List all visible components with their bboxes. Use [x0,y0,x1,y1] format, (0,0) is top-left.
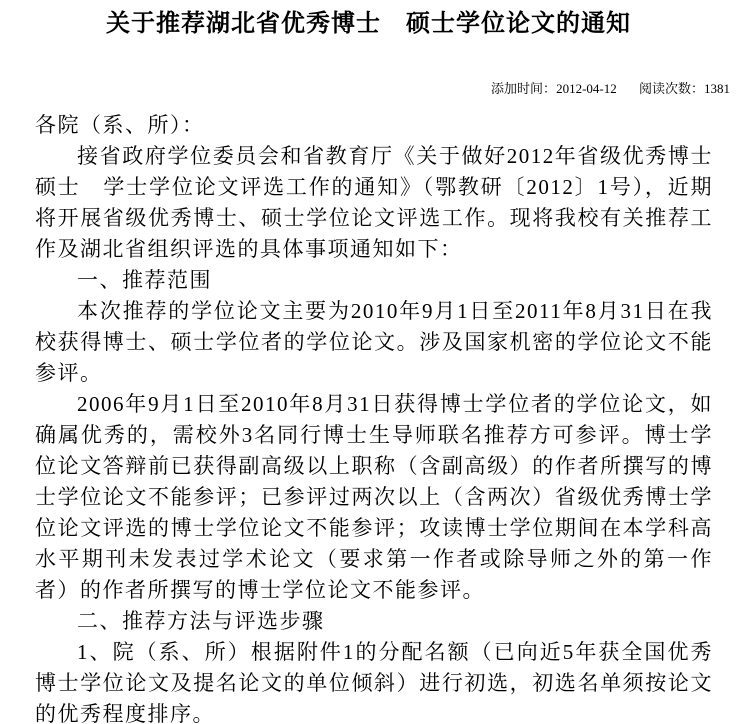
document-page: 关于推荐湖北省优秀博士 硕士学位论文的通知 添加时间：2012-04-12 阅读… [0,0,737,724]
added-time-value: 2012-04-12 [556,81,617,96]
section-1-paragraph-1: 本次推荐的学位论文主要为2010年9月1日至2011年8月31日在我校获得博士、… [35,296,713,389]
read-count: 阅读次数：1381 [639,81,730,96]
meta-bar: 添加时间：2012-04-12 阅读次数：1381 [0,82,737,96]
page-title: 关于推荐湖北省优秀博士 硕士学位论文的通知 [0,8,737,41]
section-1-paragraph-2: 2006年9月1日至2010年8月31日获得博士学位者的学位论文，如确属优秀的，… [35,389,713,606]
read-count-value: 1381 [704,81,730,96]
salutation-line: 各院（系、所）： [35,110,713,141]
added-time: 添加时间：2012-04-12 [491,81,617,96]
read-count-label: 阅读次数： [639,81,704,96]
section-2-item-1: 1、院（系、所）根据附件1的分配名额（已向近5年获全国优秀博士学位论文及提名论文… [35,637,713,724]
section-2-heading: 二、推荐方法与评选步骤 [35,606,713,637]
document-body: 各院（系、所）： 接省政府学位委员会和省教育厅《关于做好2012年省级优秀博士 … [35,110,713,724]
section-1-heading: 一、推荐范围 [35,265,713,296]
intro-paragraph: 接省政府学位委员会和省教育厅《关于做好2012年省级优秀博士 硕士 学士学位论文… [35,141,713,265]
added-time-label: 添加时间： [491,81,556,96]
